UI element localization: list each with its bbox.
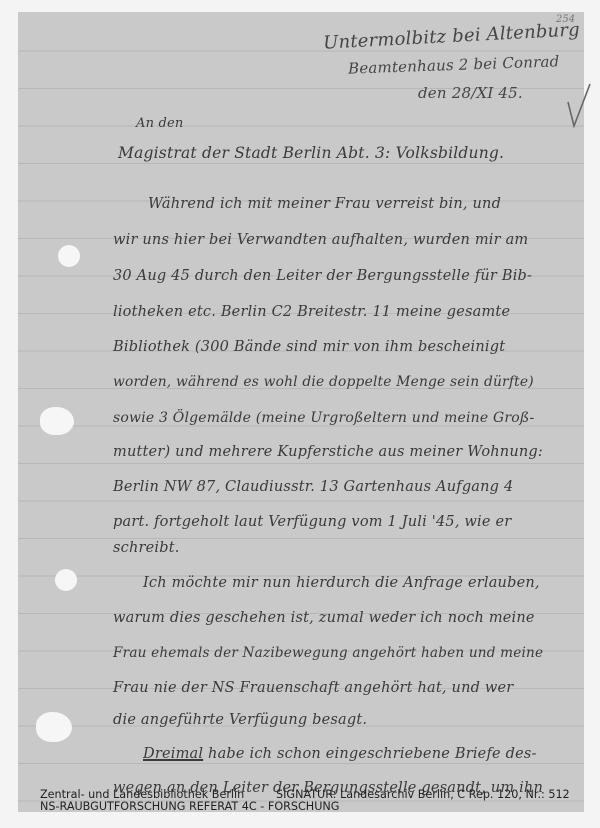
body-line: die angeführte Verfügung besagt. [113, 712, 367, 728]
salutation-to: An den [136, 116, 183, 131]
sender-address-line-2: Beamtenhaus 2 bei Conrad [348, 52, 560, 77]
punch-hole-4 [36, 712, 72, 742]
body-line: Frau nie der NS Frauenschaft angehört ha… [113, 680, 513, 696]
body-line: liotheken etc. Berlin C2 Breitestr. 11 m… [113, 304, 510, 320]
footer-department: NS-RAUBGUTFORSCHUNG REFERAT 4C - FORSCHU… [40, 800, 339, 813]
body-line: sowie 3 Ölgemälde (meine Urgroßeltern un… [113, 410, 534, 426]
punch-hole-3 [55, 569, 77, 591]
letter-date: den 28/XI 45. [418, 84, 523, 102]
body-line: Ich möchte mir nun hierdurch die Anfrage… [143, 575, 540, 591]
body-line: Bibliothek (300 Bände sind mir von ihm b… [113, 339, 505, 355]
body-line: Dreimal habe ich schon eingeschriebene B… [143, 746, 537, 762]
punch-hole-1 [58, 245, 80, 267]
body-line: schreibt. [113, 540, 180, 556]
body-line: mutter) und mehrere Kupferstiche aus mei… [113, 444, 543, 460]
scanned-letter-page: 254 Untermolbitz bei Altenburg Beamtenha… [18, 12, 584, 812]
checkmark-icon [566, 82, 592, 128]
body-line: worden, während es wohl die doppelte Men… [113, 374, 534, 390]
body-line: part. fortgeholt laut Verfügung vom 1 Ju… [113, 514, 511, 530]
body-line: Während ich mit meiner Frau verreist bin… [148, 196, 501, 212]
body-line: Berlin NW 87, Claudiusstr. 13 Gartenhaus… [113, 479, 513, 495]
punch-hole-2 [40, 407, 74, 435]
body-line: 30 Aug 45 durch den Leiter der Bergungss… [113, 268, 532, 284]
recipient: Magistrat der Stadt Berlin Abt. 3: Volks… [118, 144, 504, 162]
body-line: wir uns hier bei Verwandten aufhalten, w… [113, 232, 528, 248]
body-line: warum dies geschehen ist, zumal weder ic… [113, 610, 535, 626]
body-line: Frau ehemals der Nazibewegung angehört h… [113, 645, 543, 661]
sender-address-line-1: Untermolbitz bei Altenburg [323, 19, 581, 53]
